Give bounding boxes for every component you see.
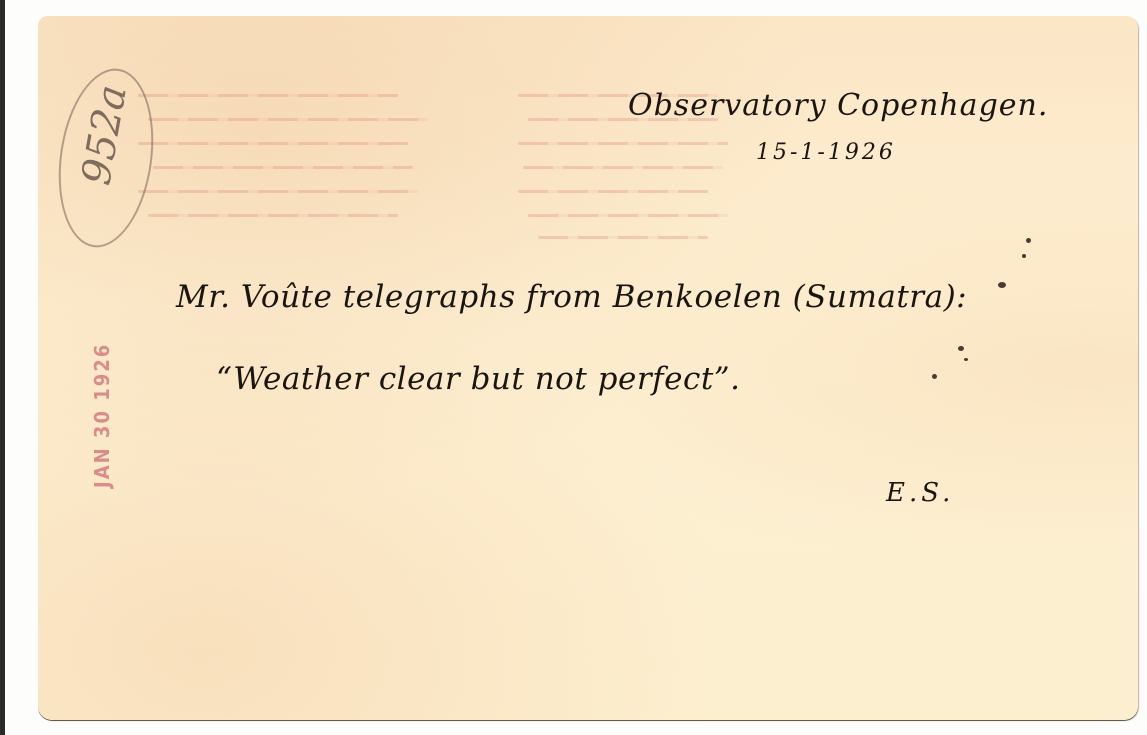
ink-speck — [964, 358, 968, 361]
ink-speck — [958, 346, 964, 351]
message-line-2: “Weather clear but not perfect”. — [216, 361, 741, 397]
ink-speck — [1026, 238, 1031, 243]
scanner-edge — [0, 0, 5, 735]
sender-location: Observatory Copenhagen. — [628, 88, 1048, 123]
signature: E.S. — [886, 478, 954, 508]
ink-speck — [1022, 254, 1026, 258]
ink-speck — [932, 374, 937, 379]
received-date-stamp: JAN 30 1926 — [90, 308, 116, 488]
postal-cancellation-left — [138, 86, 438, 246]
scanned-document: 952a JAN 30 1926 Observatory Copenhagen.… — [0, 0, 1147, 735]
message-line-1: Mr. Voûte telegraphs from Benkoelen (Sum… — [176, 279, 967, 315]
postcard: 952a JAN 30 1926 Observatory Copenhagen.… — [38, 16, 1138, 720]
catalogue-number: 952a — [73, 121, 143, 191]
ink-speck — [998, 282, 1006, 288]
letter-date: 15-1-1926 — [756, 140, 896, 165]
